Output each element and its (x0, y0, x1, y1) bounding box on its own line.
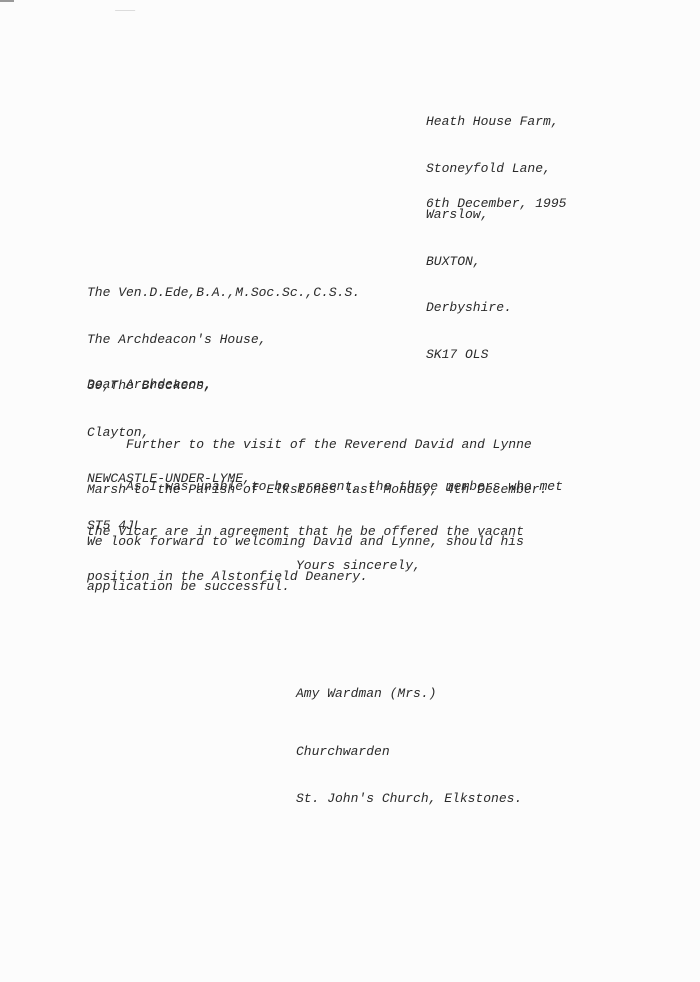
paragraph-line: As I was unable to be present, the three… (87, 479, 563, 494)
signer-title: Churchwarden St. John's Church, Elkstone… (296, 713, 522, 837)
recipient-line: The Archdeacon's House, (87, 332, 360, 348)
salutation: Dear Archdeacon, (87, 377, 212, 393)
title-line: St. John's Church, Elkstones. (296, 791, 522, 807)
sender-line: Stoneyfold Lane, (426, 161, 559, 177)
closing: Yours sincerely, (296, 558, 421, 574)
letter-page: Heath House Farm, Stoneyfold Lane, Warsl… (0, 0, 700, 982)
sender-line: Heath House Farm, (426, 114, 559, 130)
sender-line: BUXTON, (426, 254, 559, 270)
sender-address: Heath House Farm, Stoneyfold Lane, Warsl… (426, 83, 559, 393)
sender-line: SK17 OLS (426, 347, 559, 363)
signer-name: Amy Wardman (Mrs.) (296, 686, 436, 702)
sender-line: Derbyshire. (426, 300, 559, 316)
title-line: Churchwarden (296, 744, 522, 760)
letter-date: 6th December, 1995 (426, 196, 566, 212)
paragraph-line: application be successful. (87, 579, 524, 594)
paragraph-line: We look forward to welcoming David and L… (87, 534, 524, 549)
paper-fold-mark (115, 0, 141, 11)
scan-mark (0, 0, 14, 2)
recipient-line: The Ven.D.Ede,B.A.,M.Soc.Sc.,C.S.S. (87, 285, 360, 301)
